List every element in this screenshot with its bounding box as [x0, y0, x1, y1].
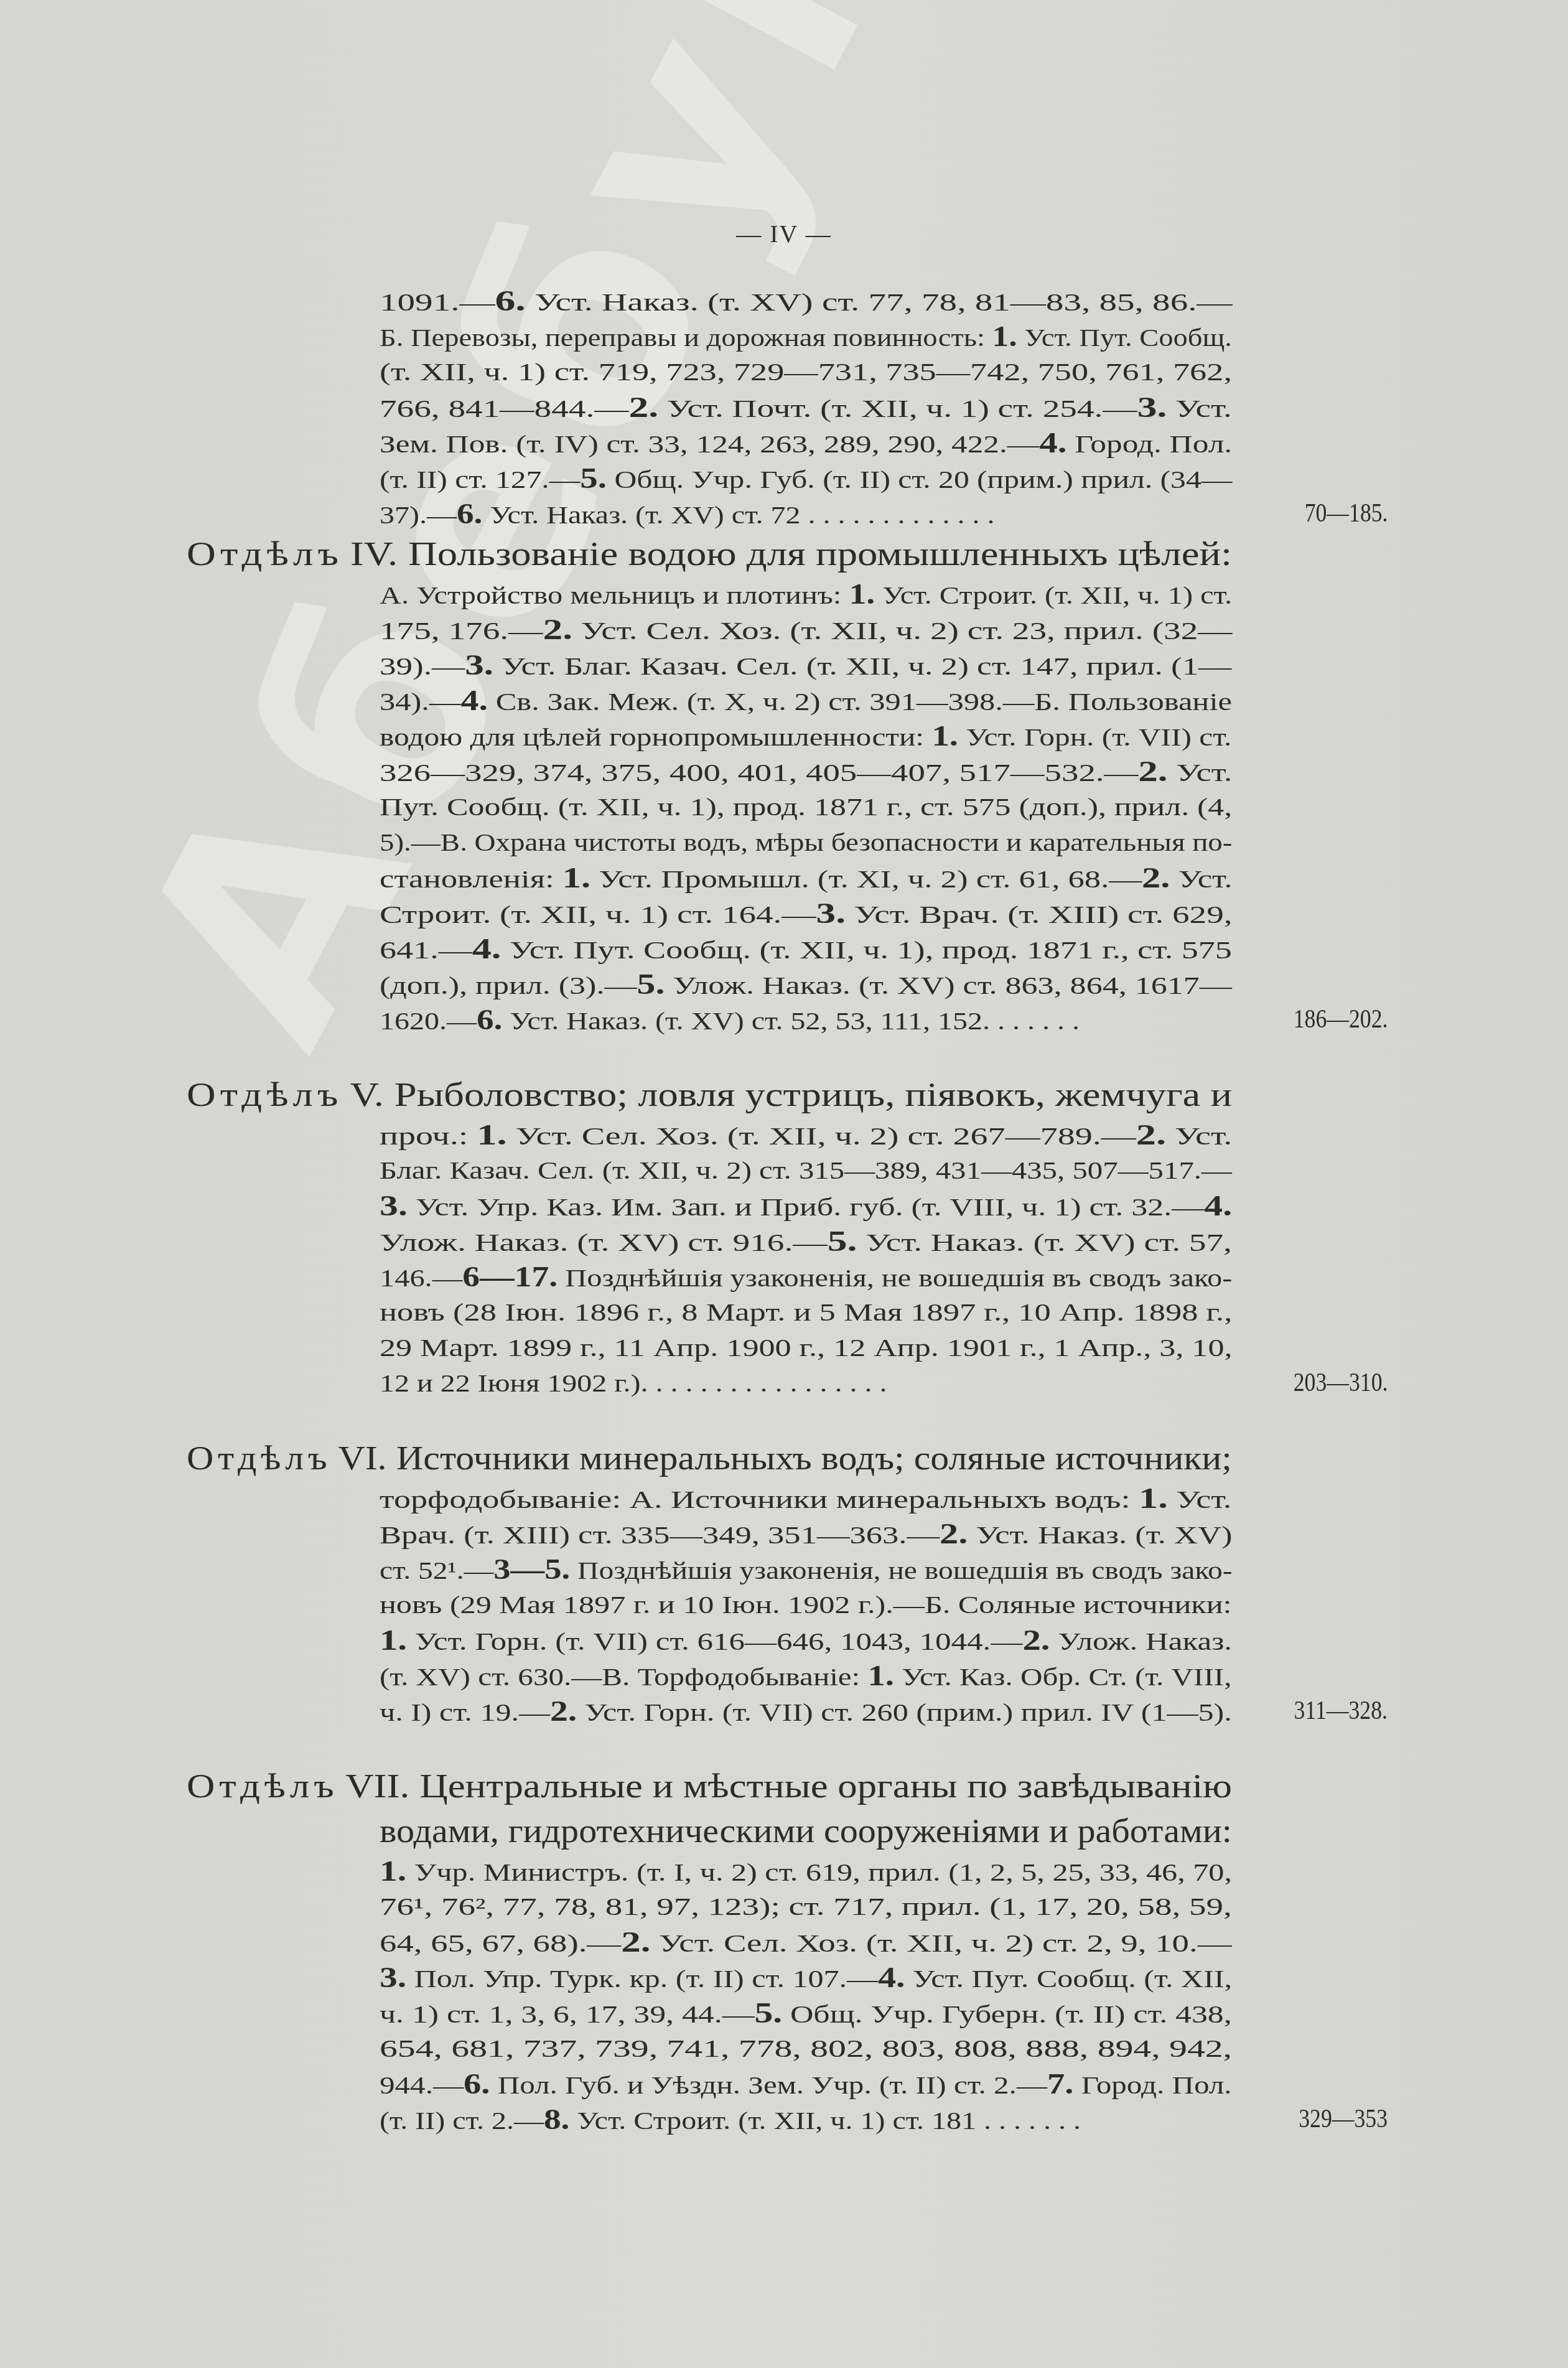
- toc-line: 1091.—6. Уст. Наказ. (т. XV) ст. 77, 78,…: [380, 283, 1232, 319]
- line-text: 76¹, 76², 77, 78, 81, 97, 123); ст. 717,…: [380, 1889, 1232, 1924]
- statute-number: 2.: [543, 614, 572, 645]
- page-range: 311—328.: [1294, 1693, 1388, 1729]
- section-number: VI.: [338, 1439, 386, 1477]
- text-run: (т. II) ст. 127.—: [380, 466, 580, 494]
- line-text: 3. Уст. Упр. Каз. Им. Зап. и Приб. губ. …: [380, 1188, 1232, 1225]
- text-run: 29 Март. 1899 г., 11 Апр. 1900 г., 12 Ап…: [380, 1334, 1232, 1362]
- statute-number: 1.: [931, 720, 958, 752]
- text-run: 39).—: [380, 652, 465, 680]
- toc-line: ст. 52¹.—3—5. Позднѣйшія узаконенія, не …: [380, 1551, 1232, 1587]
- toc-line: (доп.), прил. (3).—5. Улож. Наказ. (т. X…: [380, 966, 1232, 1002]
- statute-number: 1.: [1139, 1482, 1168, 1514]
- statute-number: 2.: [1138, 756, 1167, 787]
- text-run: Уст. Врач. (т. XIII) ст. 629,: [846, 901, 1232, 929]
- section-heading: ОтдѣлъVI.Источники минеральныхъ водъ; со…: [187, 1436, 1568, 1481]
- statute-number: 7.: [1047, 2068, 1073, 2100]
- text-run: Общ. Учр. Губ. (т. II) ст. 20 (прим.) пр…: [607, 466, 1232, 494]
- line-text: (т. XV) ст. 630.—В. Торфодобываніе: 1. У…: [380, 1658, 1231, 1695]
- text-run: Уст. Упр. Каз. Им. Зап. и Приб. губ. (т.…: [408, 1193, 1204, 1221]
- section-heading: ОтдѣлъV.Рыболовство; ловля устрицъ, піяв…: [187, 1072, 1568, 1117]
- toc-line: 1. Учр. Министръ. (т. I, ч. 2) ст. 619, …: [380, 1853, 1232, 1889]
- text-run: 654, 681, 737, 739, 741, 778, 802, 803, …: [380, 2034, 1232, 2062]
- toc-line: А. Устройство мельницъ и плотинъ: 1. Уст…: [380, 576, 1232, 612]
- text-run: Позднѣйшія узаконенія, не вошедшія въ св…: [558, 1264, 1232, 1292]
- text-run: новъ (29 Мая 1897 г. и 10 Іюн. 1902 г.).…: [380, 1591, 1232, 1619]
- text-run: ст. 52¹.—: [380, 1556, 493, 1584]
- toc-line: 3. Уст. Упр. Каз. Им. Зап. и Приб. губ. …: [380, 1188, 1232, 1224]
- statute-number: 3.: [816, 897, 846, 929]
- text-run: Уст. Горн. (т. VII) ст.: [958, 723, 1231, 751]
- statute-number: 2.: [1136, 1119, 1166, 1151]
- text-run: 766, 841—844.—: [380, 395, 629, 423]
- text-run: Улож. Наказ.: [1050, 1627, 1232, 1655]
- text-run: проч.:: [380, 1122, 477, 1150]
- line-text: ст. 52¹.—3—5. Позднѣйшія узаконенія, не …: [380, 1551, 1233, 1588]
- line-text: водою для цѣлей горнопромышленности: 1. …: [380, 718, 1231, 755]
- toc-section-iv: ОтдѣлъIV.Пользованіе водою для промышлен…: [0, 531, 1568, 1037]
- text-run: 5).—В. Охрана чистоты водъ, мѣры безопас…: [380, 828, 1232, 856]
- text-run: 175, 176.—: [380, 617, 543, 645]
- statute-number: 4.: [472, 933, 502, 965]
- text-run: Учр. Министръ. (т. I, ч. 2) ст. 619, при…: [406, 1858, 1232, 1886]
- text-run: 12 и 22 Іюня 1902 г.). . . . . . . . . .…: [380, 1369, 887, 1397]
- line-text: 654, 681, 737, 739, 741, 778, 802, 803, …: [380, 2031, 1232, 2066]
- section-number: IV.: [350, 535, 398, 573]
- text-run: Пол. Упр. Турк. кр. (т. II) ст. 107.—: [406, 1965, 878, 1993]
- toc-line: новъ (28 Іюн. 1896 г., 8 Март. и 5 Мая 1…: [380, 1294, 1232, 1330]
- toc-line: становленія: 1. Уст. Промышл. (т. XI, ч.…: [380, 860, 1232, 896]
- toc-line: Улож. Наказ. (т. XV) ст. 916.—5. Уст. На…: [380, 1224, 1232, 1259]
- section-label: Отдѣлъ: [187, 1076, 343, 1113]
- text-run: 64, 65, 67, 68).—: [380, 1929, 621, 1957]
- text-run: Уст.: [1168, 1486, 1232, 1514]
- text-run: 34).—: [380, 688, 460, 716]
- text-run: Уст. Горн. (т. VII) ст. 616—646, 1043, 1…: [407, 1627, 1022, 1655]
- toc-line: Пут. Сообщ. (т. XII, ч. 1), прод. 1871 г…: [380, 789, 1232, 825]
- statute-number: 6.: [457, 498, 482, 530]
- toc-line: ч. 1) ст. 1, 3, 6, 17, 39, 44.—5. Общ. У…: [380, 1995, 1232, 2031]
- text-run: Уст. Горн. (т. VII) ст. 260 (прим.) прил…: [577, 1698, 1232, 1726]
- statute-number: 2.: [1142, 862, 1170, 894]
- toc-line: новъ (29 Мая 1897 г. и 10 Іюн. 1902 г.).…: [380, 1587, 1232, 1622]
- text-run: торфодобываніе: А. Источники минеральных…: [380, 1486, 1139, 1514]
- line-text: 5).—В. Охрана чистоты водъ, мѣры безопас…: [380, 825, 1232, 860]
- line-text: 39).—3. Уст. Благ. Казач. Сел. (т. XII, …: [380, 647, 1231, 684]
- text-run: (т. XV) ст. 630.—В. Торфодобываніе:: [380, 1663, 868, 1691]
- toc-line: 1620.—6. Уст. Наказ. (т. XV) ст. 52, 53,…: [380, 1002, 1232, 1037]
- text-run: Позднѣйшія узаконенія, не вошедшія въ св…: [570, 1556, 1232, 1584]
- statute-number: 4.: [878, 1962, 905, 1993]
- section-label: Отдѣлъ: [187, 1767, 338, 1805]
- text-run: Уст. Сел. Хоз. (т. XII, ч. 2) ст. 267—78…: [507, 1122, 1136, 1150]
- text-run: Уст. Почт. (т. XII, ч. 1) ст. 254.—: [658, 395, 1137, 423]
- text-run: Улож. Наказ. (т. XV) ст. 863, 864, 1617—: [665, 971, 1231, 999]
- statute-number: 6.: [495, 285, 526, 317]
- line-text: 1091.—6. Уст. Наказ. (т. XV) ст. 77, 78,…: [380, 283, 1233, 320]
- line-text: становленія: 1. Уст. Промышл. (т. XI, ч.…: [380, 860, 1232, 897]
- toc-continuation: 1091.—6. Уст. Наказ. (т. XV) ст. 77, 78,…: [0, 283, 1568, 531]
- statute-number: 3.: [1137, 391, 1167, 423]
- statute-number: 2.: [940, 1518, 968, 1550]
- text-run: новъ (28 Іюн. 1896 г., 8 Март. и 5 Мая 1…: [380, 1298, 1232, 1326]
- toc-line: (т. XII, ч. 1) ст. 719, 723, 729—731, 73…: [380, 354, 1232, 390]
- line-text: (т. II) ст. 2.—8. Уст. Строит. (т. XII, …: [380, 2102, 1081, 2138]
- statute-number: 2.: [629, 391, 659, 423]
- text-run: Уст. Каз. Обр. Ст. (т. VIII,: [894, 1663, 1232, 1691]
- text-run: Уст. Пут. Сообщ. (т. XII, ч. 1), прод. 1…: [501, 936, 1231, 964]
- toc-line: 944.—6. Пол. Губ. и Уѣздн. Зем. Учр. (т.…: [380, 2066, 1232, 2102]
- text-run: Благ. Казач. Сел. (т. XII, ч. 2) ст. 315…: [380, 1156, 1232, 1184]
- toc-line: проч.: 1. Уст. Сел. Хоз. (т. XII, ч. 2) …: [380, 1117, 1232, 1153]
- section-number: V.: [350, 1076, 384, 1113]
- toc-line: (т. XV) ст. 630.—В. Торфодобываніе: 1. У…: [380, 1658, 1232, 1693]
- statute-number: 5.: [580, 462, 607, 494]
- line-text: Б. Перевозы, переправы и дорожная повинн…: [380, 319, 1232, 355]
- line-text: 64, 65, 67, 68).—2. Уст. Сел. Хоз. (т. X…: [380, 1924, 1231, 1961]
- text-run: 76¹, 76², 77, 78, 81, 97, 123); ст. 717,…: [380, 1893, 1232, 1921]
- statute-number: 3.: [465, 649, 493, 681]
- page-number: — IV —: [0, 219, 1568, 248]
- line-text: 12 и 22 Іюня 1902 г.). . . . . . . . . .…: [380, 1365, 887, 1401]
- toc-line: 34).—4. Св. Зак. Меж. (т. X, ч. 2) ст. 3…: [380, 683, 1232, 718]
- line-text: 29 Март. 1899 г., 11 Апр. 1900 г., 12 Ап…: [380, 1330, 1232, 1365]
- page-range: 70—185.: [1304, 496, 1388, 531]
- line-text: новъ (28 Іюн. 1896 г., 8 Март. и 5 Мая 1…: [380, 1294, 1232, 1330]
- toc-line: 76¹, 76², 77, 78, 81, 97, 123); ст. 717,…: [380, 1889, 1232, 1924]
- text-run: 146.—: [380, 1264, 462, 1292]
- line-text: Пут. Сообщ. (т. XII, ч. 1), прод. 1871 г…: [380, 789, 1232, 825]
- line-text: 641.—4. Уст. Пут. Сообщ. (т. XII, ч. 1),…: [380, 931, 1232, 968]
- text-run: 641.—: [380, 936, 472, 964]
- line-text: (т. II) ст. 127.—5. Общ. Учр. Губ. (т. I…: [380, 461, 1232, 497]
- text-run: 1091.—: [380, 288, 495, 316]
- text-run: Св. Зак. Меж. (т. X, ч. 2) ст. 391—398.—…: [488, 688, 1232, 716]
- toc-line: торфодобываніе: А. Источники минеральных…: [380, 1481, 1232, 1516]
- statute-number: 4.: [460, 685, 488, 716]
- text-run: Город. Пол.: [1073, 2071, 1231, 2099]
- text-run: Зем. Пов. (т. IV) ст. 33, 124, 263, 289,…: [380, 430, 1039, 458]
- toc-line: Благ. Казач. Сел. (т. XII, ч. 2) ст. 315…: [380, 1153, 1232, 1188]
- toc-line: (т. II) ст. 127.—5. Общ. Учр. Губ. (т. I…: [380, 461, 1232, 496]
- statute-number: 1.: [380, 1855, 406, 1887]
- line-text: 146.—6—17. Позднѣйшія узаконенія, не вош…: [380, 1259, 1232, 1296]
- text-run: А. Устройство мельницъ и плотинъ:: [380, 581, 849, 609]
- text-run: (т. II) ст. 2.—: [380, 2107, 544, 2135]
- statute-number: 8.: [544, 2104, 569, 2135]
- page-range: 203—310.: [1293, 1365, 1388, 1401]
- text-run: Врач. (т. XIII) ст. 335—349, 351—363.—: [380, 1521, 940, 1549]
- text-run: Улож. Наказ. (т. XV) ст. 916.—: [380, 1228, 828, 1257]
- line-text: проч.: 1. Уст. Сел. Хоз. (т. XII, ч. 2) …: [380, 1117, 1232, 1154]
- toc-section-vi: ОтдѣлъVI.Источники минеральныхъ водъ; со…: [0, 1436, 1568, 1729]
- text-run: Уст. Строит. (т. XII, ч. 1) ст.: [875, 581, 1232, 609]
- toc-line: Врач. (т. XIII) ст. 335—349, 351—363.—2.…: [380, 1516, 1232, 1551]
- section-title-continued: водами, гидротехническими сооруженіями и…: [380, 1809, 1568, 1853]
- statute-number: 1.: [992, 321, 1017, 352]
- toc-line: 3. Пол. Упр. Турк. кр. (т. II) ст. 107.—…: [380, 1960, 1232, 1995]
- text-run: Уст. Наказ. (т. XV) ст. 52, 53, 111, 152…: [502, 1007, 1080, 1035]
- line-text: 1620.—6. Уст. Наказ. (т. XV) ст. 52, 53,…: [380, 1002, 1080, 1039]
- toc-section-vii: ОтдѣлъVII.Центральные и мѣстные органы п…: [0, 1764, 1568, 2137]
- text-run: Общ. Учр. Губерн. (т. II) ст. 438,: [782, 2000, 1232, 2028]
- statute-number: 3.: [380, 1190, 408, 1222]
- section-title: Рыболовство; ловля устрицъ, піявокъ, жем…: [394, 1076, 1232, 1113]
- text-run: Уст. Строит. (т. XII, ч. 1) ст. 181 . . …: [569, 2107, 1081, 2135]
- line-text: 944.—6. Пол. Губ. и Уѣздн. Зем. Учр. (т.…: [380, 2066, 1232, 2103]
- section-title: Пользованіе водою для промышленныхъ цѣле…: [408, 535, 1232, 573]
- toc-line: 39).—3. Уст. Благ. Казач. Сел. (т. XII, …: [380, 647, 1232, 683]
- statute-number: 1.: [562, 862, 590, 894]
- toc-line: 654, 681, 737, 739, 741, 778, 802, 803, …: [380, 2031, 1232, 2066]
- text-run: 944.—: [380, 2071, 464, 2099]
- text-run: Уст. Пут. Сообщ. (т. XII,: [905, 1965, 1232, 1993]
- text-run: 326—329, 374, 375, 400, 401, 405—407, 51…: [380, 759, 1138, 787]
- text-run: водою для цѣлей горнопромышленности:: [380, 723, 931, 751]
- toc-sections: ОтдѣлъIV.Пользованіе водою для промышлен…: [0, 531, 1568, 2137]
- statute-number: 1.: [849, 578, 875, 610]
- text-run: Город. Пол.: [1066, 430, 1232, 458]
- line-text: Строит. (т. XII, ч. 1) ст. 164.—3. Уст. …: [380, 896, 1233, 932]
- statute-number: 2.: [550, 1695, 577, 1727]
- statute-number: 5.: [754, 1997, 782, 2029]
- toc-line: 175, 176.—2. Уст. Сел. Хоз. (т. XII, ч. …: [380, 612, 1232, 647]
- text-run: Уст.: [1170, 865, 1233, 893]
- section-heading: ОтдѣлъIV.Пользованіе водою для промышлен…: [187, 531, 1568, 576]
- section-label: Отдѣлъ: [187, 1439, 331, 1477]
- text-run: ч. I) ст. 19.—: [380, 1698, 550, 1726]
- line-text: 766, 841—844.—2. Уст. Почт. (т. XII, ч. …: [380, 390, 1232, 426]
- toc-line: 37).—6. Уст. Наказ. (т. XV) ст. 72 . . .…: [380, 496, 1232, 531]
- text-run: 1620.—: [380, 1007, 477, 1035]
- text-run: Строит. (т. XII, ч. 1) ст. 164.—: [380, 901, 816, 929]
- line-text: 1. Уст. Горн. (т. VII) ст. 616—646, 1043…: [380, 1622, 1232, 1659]
- toc-line: (т. II) ст. 2.—8. Уст. Строит. (т. XII, …: [380, 2102, 1232, 2137]
- page-range: 186—202.: [1293, 1002, 1388, 1037]
- line-text: Зем. Пов. (т. IV) ст. 33, 124, 263, 289,…: [380, 425, 1232, 462]
- section-number: VII.: [345, 1767, 409, 1805]
- text-run: (доп.), прил. (3).—: [380, 971, 637, 999]
- statute-number: 3.: [380, 1962, 406, 1993]
- text-run: Уст. Наказ. (т. XV) ст. 57,: [857, 1228, 1232, 1257]
- line-text: ч. 1) ст. 1, 3, 6, 17, 39, 44.—5. Общ. У…: [380, 1995, 1232, 2032]
- text-run: Уст. Наказ. (т. XV) ст. 72 . . . . . . .…: [482, 501, 994, 529]
- line-text: А. Устройство мельницъ и плотинъ: 1. Уст…: [380, 576, 1232, 613]
- line-text: (доп.), прил. (3).—5. Улож. Наказ. (т. X…: [380, 966, 1232, 1003]
- toc-line: 64, 65, 67, 68).—2. Уст. Сел. Хоз. (т. X…: [380, 1924, 1232, 1960]
- line-text: ч. I) ст. 19.—2. Уст. Горн. (т. VII) ст.…: [380, 1693, 1232, 1730]
- statute-number: 5.: [828, 1225, 857, 1257]
- text-run: Уст.: [1167, 395, 1232, 423]
- text-run: Пут. Сообщ. (т. XII, ч. 1), прод. 1871 г…: [380, 793, 1232, 821]
- statute-number: 6.: [477, 1004, 502, 1036]
- text-run: 37).—: [380, 501, 457, 529]
- statute-number: 6.: [464, 2068, 490, 2100]
- statute-number: 1.: [380, 1624, 407, 1656]
- statute-number: 2.: [1022, 1624, 1050, 1656]
- toc-line: 5).—В. Охрана чистоты водъ, мѣры безопас…: [380, 825, 1232, 860]
- toc-line: 1. Уст. Горн. (т. VII) ст. 616—646, 1043…: [380, 1622, 1232, 1658]
- text-run: Уст.: [1168, 759, 1233, 787]
- toc-line: 326—329, 374, 375, 400, 401, 405—407, 51…: [380, 754, 1232, 789]
- line-text: 37).—6. Уст. Наказ. (т. XV) ст. 72 . . .…: [380, 496, 994, 533]
- toc-line: 12 и 22 Іюня 1902 г.). . . . . . . . . .…: [380, 1365, 1232, 1401]
- text-run: Уст. Сел. Хоз. (т. XII, ч. 2) ст. 2, 9, …: [650, 1929, 1231, 1957]
- statute-number: 4.: [1204, 1190, 1232, 1222]
- toc-line: Зем. Пов. (т. IV) ст. 33, 124, 263, 289,…: [380, 425, 1232, 461]
- text-run: Уст. Пут. Сообщ.: [1017, 324, 1232, 352]
- toc-line: 641.—4. Уст. Пут. Сообщ. (т. XII, ч. 1),…: [380, 931, 1232, 966]
- statute-number: 2.: [621, 1926, 650, 1958]
- toc-line: 766, 841—844.—2. Уст. Почт. (т. XII, ч. …: [380, 390, 1232, 425]
- text-run: Уст. Благ. Казач. Сел. (т. XII, ч. 2) ст…: [493, 652, 1231, 680]
- text-run: ч. 1) ст. 1, 3, 6, 17, 39, 44.—: [380, 2000, 754, 2028]
- table-of-contents: 1091.—6. Уст. Наказ. (т. XV) ст. 77, 78,…: [0, 283, 1568, 2137]
- text-run: Пол. Губ. и Уѣздн. Зем. Учр. (т. II) ст.…: [490, 2071, 1047, 2099]
- toc-line: Б. Перевозы, переправы и дорожная повинн…: [380, 319, 1232, 354]
- toc-section-v: ОтдѣлъV.Рыболовство; ловля устрицъ, піяв…: [0, 1072, 1568, 1401]
- text-run: Уст. Сел. Хоз. (т. XII, ч. 2) ст. 23, пр…: [572, 617, 1232, 645]
- line-text: 34).—4. Св. Зак. Меж. (т. X, ч. 2) ст. 3…: [380, 683, 1232, 719]
- line-text: 326—329, 374, 375, 400, 401, 405—407, 51…: [380, 754, 1232, 790]
- statute-number: 5.: [637, 968, 665, 1000]
- section-title: Центральные и мѣстные органы по завѣдыва…: [419, 1767, 1232, 1805]
- text-run: (т. XII, ч. 1) ст. 719, 723, 729—731, 73…: [380, 358, 1232, 386]
- line-text: 1. Учр. Министръ. (т. I, ч. 2) ст. 619, …: [380, 1853, 1232, 1890]
- section-title: Источники минеральныхъ водъ; соляные ист…: [396, 1439, 1232, 1477]
- line-text: торфодобываніе: А. Источники минеральных…: [380, 1481, 1231, 1517]
- statute-number: 3—5.: [493, 1553, 570, 1585]
- statute-number: 6—17.: [462, 1261, 558, 1293]
- statute-number: 1.: [868, 1660, 894, 1692]
- line-text: новъ (29 Мая 1897 г. и 10 Іюн. 1902 г.).…: [380, 1587, 1232, 1622]
- toc-line: водою для цѣлей горнопромышленности: 1. …: [380, 718, 1232, 754]
- text-run: Уст. Наказ. (т. XV) ст. 77, 78, 81—83, 8…: [526, 288, 1233, 316]
- line-text: 175, 176.—2. Уст. Сел. Хоз. (т. XII, ч. …: [380, 612, 1233, 648]
- toc-line: Строит. (т. XII, ч. 1) ст. 164.—3. Уст. …: [380, 896, 1232, 931]
- line-text: 3. Пол. Упр. Турк. кр. (т. II) ст. 107.—…: [380, 1960, 1232, 1996]
- text-run: Уст. Промышл. (т. XI, ч. 2) ст. 61, 68.—: [590, 865, 1142, 893]
- text-run: Уст.: [1166, 1122, 1232, 1150]
- line-text: (т. XII, ч. 1) ст. 719, 723, 729—731, 73…: [380, 354, 1232, 390]
- toc-line: 146.—6—17. Позднѣйшія узаконенія, не вош…: [380, 1259, 1232, 1294]
- page-range: 329—353: [1299, 2102, 1388, 2137]
- text-run: становленія:: [380, 865, 562, 893]
- text-run: Б. Перевозы, переправы и дорожная повинн…: [380, 324, 992, 352]
- text-run: Уст. Наказ. (т. XV): [968, 1521, 1232, 1549]
- section-label: Отдѣлъ: [187, 535, 343, 573]
- line-text: Врач. (т. XIII) ст. 335—349, 351—363.—2.…: [380, 1516, 1232, 1553]
- line-text: Благ. Казач. Сел. (т. XII, ч. 2) ст. 315…: [380, 1153, 1232, 1188]
- line-text: Улож. Наказ. (т. XV) ст. 916.—5. Уст. На…: [380, 1224, 1232, 1260]
- statute-number: 1.: [477, 1119, 506, 1151]
- section-heading: ОтдѣлъVII.Центральные и мѣстные органы п…: [187, 1764, 1568, 1809]
- toc-line: 29 Март. 1899 г., 11 Апр. 1900 г., 12 Ап…: [380, 1330, 1232, 1365]
- statute-number: 4.: [1039, 427, 1066, 459]
- toc-line: ч. I) ст. 19.—2. Уст. Горн. (т. VII) ст.…: [380, 1693, 1232, 1729]
